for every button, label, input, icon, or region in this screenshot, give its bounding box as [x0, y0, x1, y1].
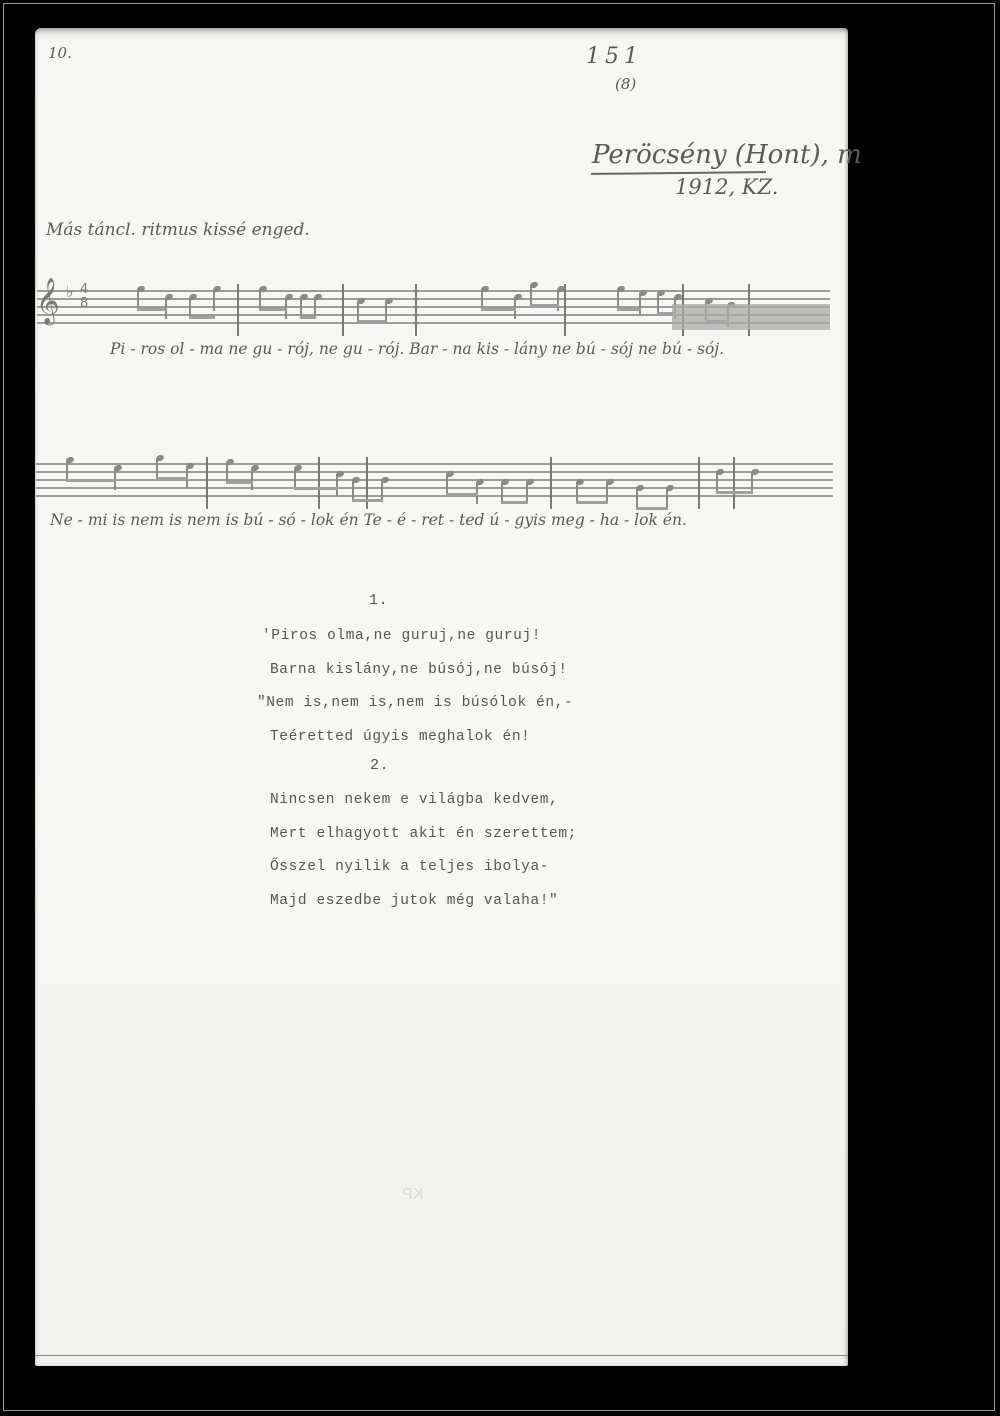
- faint-stamp: KP: [402, 1186, 423, 1204]
- scan-smudge: [672, 304, 830, 330]
- lyrics-system-2: Ne - mi is nem is nem is bú - só - lok é…: [50, 511, 687, 529]
- note-beam: [137, 308, 167, 311]
- note-beam: [66, 479, 116, 482]
- stanza-line: Majd eszedbe jutok még valaha!": [270, 893, 558, 909]
- stanza-line: 'Piros olma,ne guruj,ne guruj!: [262, 628, 541, 644]
- bar-line: [733, 457, 735, 509]
- staff-line: [37, 290, 830, 292]
- stanza-number: 2.: [370, 757, 389, 774]
- page-fold-line: [35, 1355, 848, 1356]
- note-beam: [259, 308, 287, 311]
- note-beam: [576, 501, 608, 504]
- bar-line: [342, 284, 344, 336]
- note-beam: [357, 320, 387, 323]
- note-beam: [530, 304, 559, 307]
- note-stem: [557, 289, 559, 311]
- lyrics-system-1: Pi - ros ol - ma ne gu - rój, ne gu - ró…: [110, 340, 724, 358]
- folio-left-number: 10.: [48, 44, 72, 62]
- key-signature-flats-icon: ♭: [66, 282, 74, 301]
- note-stem: [336, 474, 338, 496]
- note-beam: [189, 316, 215, 319]
- music-staff-2: [36, 463, 833, 503]
- tempo-marking: Más táncl. ritmus kissé enged.: [46, 220, 310, 240]
- note-beam: [636, 507, 668, 510]
- note-beam: [294, 487, 338, 490]
- bar-line: [206, 457, 208, 509]
- bar-line: [550, 457, 552, 509]
- note-beam: [300, 316, 316, 319]
- stanza-line: Mert elhagyott akit én szerettem;: [270, 826, 577, 842]
- stanza-line: Nincsen nekem e világba kedvem,: [270, 792, 558, 808]
- staff-line: [36, 487, 833, 489]
- note-beam: [156, 477, 188, 480]
- bar-line: [415, 284, 417, 336]
- note-beam: [501, 501, 528, 504]
- stanza-line: Barna kislány,ne búsój,ne búsój!: [270, 662, 568, 678]
- note-beam: [352, 499, 383, 502]
- stanza-number: 1.: [369, 592, 388, 609]
- bar-line: [698, 457, 700, 509]
- stanza-line: "Nem is,nem is,nem is búsólok én,-: [257, 695, 573, 711]
- staff-line: [36, 495, 833, 497]
- note-beam: [481, 308, 516, 311]
- collection-place: Peröcsény (Hont), m: [592, 140, 862, 170]
- music-staff-1: [37, 290, 830, 330]
- folio-subnumber: (8): [615, 75, 636, 93]
- note-stem: [639, 293, 641, 315]
- note-beam: [226, 481, 253, 484]
- folio-number: 151: [586, 44, 643, 69]
- note-stem: [213, 289, 215, 311]
- note-beam: [446, 493, 478, 496]
- stanza-line: Teéretted úgyis meghalok én!: [270, 729, 530, 745]
- collection-date-collector: 1912, KZ.: [675, 175, 778, 199]
- treble-clef-icon: 𝄞: [36, 278, 60, 324]
- time-signature: 48: [80, 283, 88, 311]
- bar-line: [318, 457, 320, 509]
- note-beam: [716, 491, 753, 494]
- note-stem: [251, 468, 253, 490]
- bar-line: [564, 284, 566, 336]
- stanza-line: Ősszel nyilik a teljes ibolya-: [270, 859, 549, 875]
- note-beam: [617, 308, 641, 311]
- bar-line: [237, 284, 239, 336]
